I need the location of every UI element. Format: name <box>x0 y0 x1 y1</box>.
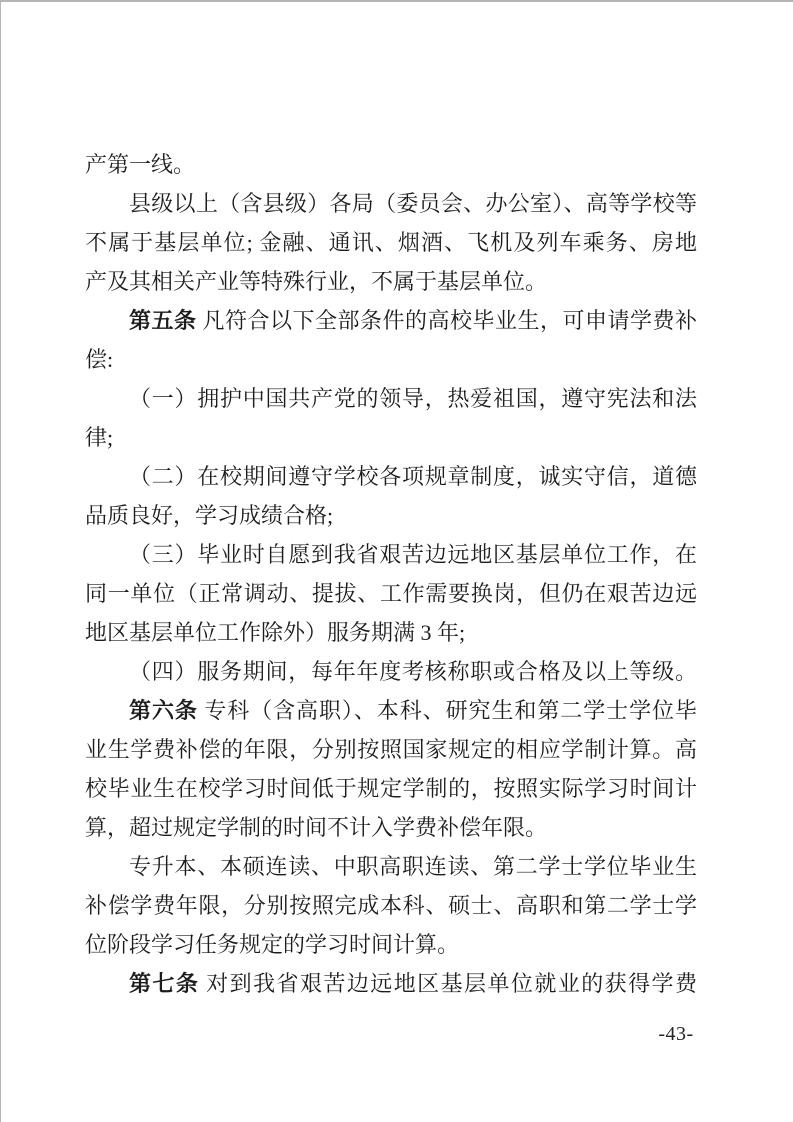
paragraph: 第六条 专科（含高职）、本科、研究生和第二学士学位毕业生学费补偿的年限，分别按照… <box>85 691 697 847</box>
text-run: 产及其相关产业等特殊行业，不属于基层单位。 <box>85 269 547 294</box>
paragraph: （二）在校期间遵守学校各项规章制度，诚实守信，道德品质良好，学习成绩合格; <box>85 457 697 535</box>
paragraph: （三）毕业时自愿到我省艰苦边远地区基层单位工作，在同一单位（正常调动、提拔、工作… <box>85 535 697 652</box>
text-run: （二）在校期间遵守学校各项规章制度，诚实守信，道德 <box>129 464 697 489</box>
paragraph: （一）拥护中国共产党的领导，热爱祖国，遵守宪法和法律; <box>85 379 697 457</box>
text-line: 补偿学费年限，分别按照完成本科、硕士、高职和第二学士学 <box>85 886 697 925</box>
paragraph: 第五条 凡符合以下全部条件的高校毕业生，可申请学费补偿: <box>85 301 697 379</box>
text-line: 算，超过规定学制的时间不计入学费补偿年限。 <box>85 808 697 847</box>
text-run: 专升本、本硕连读、中职高职连读、第二学士学位毕业生 <box>129 854 697 879</box>
text-line: 律; <box>85 418 697 457</box>
text-line: 位阶段学习任务规定的学习时间计算。 <box>85 925 697 964</box>
text-run: 律; <box>85 425 113 450</box>
text-run: 对到我省艰苦边远地区基层单位就业的获得学费 <box>199 971 697 996</box>
text-line: 专升本、本硕连读、中职高职连读、第二学士学位毕业生 <box>85 847 697 886</box>
paragraph: 产第一线。 <box>85 145 697 184</box>
text-run: 校毕业生在校学习时间低于规定学制的，按照实际学习时间计 <box>85 776 697 801</box>
text-line: 产第一线。 <box>85 145 697 184</box>
text-line: 偿: <box>85 340 697 379</box>
text-run: 品质良好，学习成绩合格; <box>85 503 333 528</box>
text-line: 同一单位（正常调动、提拔、工作需要换岗，但仍在艰苦边远 <box>85 574 697 613</box>
text-line: 产及其相关产业等特殊行业，不属于基层单位。 <box>85 262 697 301</box>
text-run: 产第一线。 <box>85 152 195 177</box>
article-number: 第六条 <box>129 698 198 723</box>
text-run: 地区基层单位工作除外）服务期满 3 年; <box>85 620 465 645</box>
text-line: 业生学费补偿的年限，分别按照国家规定的相应学制计算。高 <box>85 730 697 769</box>
text-line: 不属于基层单位; 金融、通讯、烟酒、飞机及列车乘务、房地 <box>85 223 697 262</box>
paragraph: 第七条 对到我省艰苦边远地区基层单位就业的获得学费 <box>85 964 697 1003</box>
text-run: （四）服务期间，每年年度考核称职或合格及以上等级。 <box>129 659 697 684</box>
text-line: （三）毕业时自愿到我省艰苦边远地区基层单位工作，在 <box>85 535 697 574</box>
document-page: 产第一线。县级以上（含县级）各局（委员会、办公室）、高等学校等不属于基层单位; … <box>0 0 793 1122</box>
text-line: 县级以上（含县级）各局（委员会、办公室）、高等学校等 <box>85 184 697 223</box>
text-run: 县级以上（含县级）各局（委员会、办公室）、高等学校等 <box>129 191 697 216</box>
text-run: （一）拥护中国共产党的领导，热爱祖国，遵守宪法和法 <box>129 386 697 411</box>
text-line: 校毕业生在校学习时间低于规定学制的，按照实际学习时间计 <box>85 769 697 808</box>
text-run: 不属于基层单位; 金融、通讯、烟酒、飞机及列车乘务、房地 <box>85 230 697 255</box>
article-number: 第五条 <box>129 308 197 333</box>
article-number: 第七条 <box>129 971 199 996</box>
text-run: 业生学费补偿的年限，分别按照国家规定的相应学制计算。高 <box>85 737 697 762</box>
text-line: 第五条 凡符合以下全部条件的高校毕业生，可申请学费补 <box>85 301 697 340</box>
paragraph: （四）服务期间，每年年度考核称职或合格及以上等级。 <box>85 652 697 691</box>
text-run: 凡符合以下全部条件的高校毕业生，可申请学费补 <box>197 308 697 333</box>
text-line: （四）服务期间，每年年度考核称职或合格及以上等级。 <box>85 652 697 691</box>
page-number: -43- <box>651 1021 701 1047</box>
text-line: 品质良好，学习成绩合格; <box>85 496 697 535</box>
text-run: 专科（含高职）、本科、研究生和第二学士学位毕 <box>198 698 697 723</box>
paragraph: 专升本、本硕连读、中职高职连读、第二学士学位毕业生补偿学费年限，分别按照完成本科… <box>85 847 697 964</box>
text-run: 位阶段学习任务规定的学习时间计算。 <box>85 932 459 957</box>
text-run: 偿: <box>85 347 113 372</box>
paragraph: 县级以上（含县级）各局（委员会、办公室）、高等学校等不属于基层单位; 金融、通讯… <box>85 184 697 301</box>
text-line: 地区基层单位工作除外）服务期满 3 年; <box>85 613 697 652</box>
text-line: 第六条 专科（含高职）、本科、研究生和第二学士学位毕 <box>85 691 697 730</box>
text-line: 第七条 对到我省艰苦边远地区基层单位就业的获得学费 <box>85 964 697 1003</box>
text-line: （一）拥护中国共产党的领导，热爱祖国，遵守宪法和法 <box>85 379 697 418</box>
text-line: （二）在校期间遵守学校各项规章制度，诚实守信，道德 <box>85 457 697 496</box>
text-run: 同一单位（正常调动、提拔、工作需要换岗，但仍在艰苦边远 <box>85 581 697 606</box>
document-body: 产第一线。县级以上（含县级）各局（委员会、办公室）、高等学校等不属于基层单位; … <box>85 145 697 1003</box>
text-run: 算，超过规定学制的时间不计入学费补偿年限。 <box>85 815 547 840</box>
text-run: （三）毕业时自愿到我省艰苦边远地区基层单位工作，在 <box>129 542 697 567</box>
text-run: 补偿学费年限，分别按照完成本科、硕士、高职和第二学士学 <box>85 893 697 918</box>
